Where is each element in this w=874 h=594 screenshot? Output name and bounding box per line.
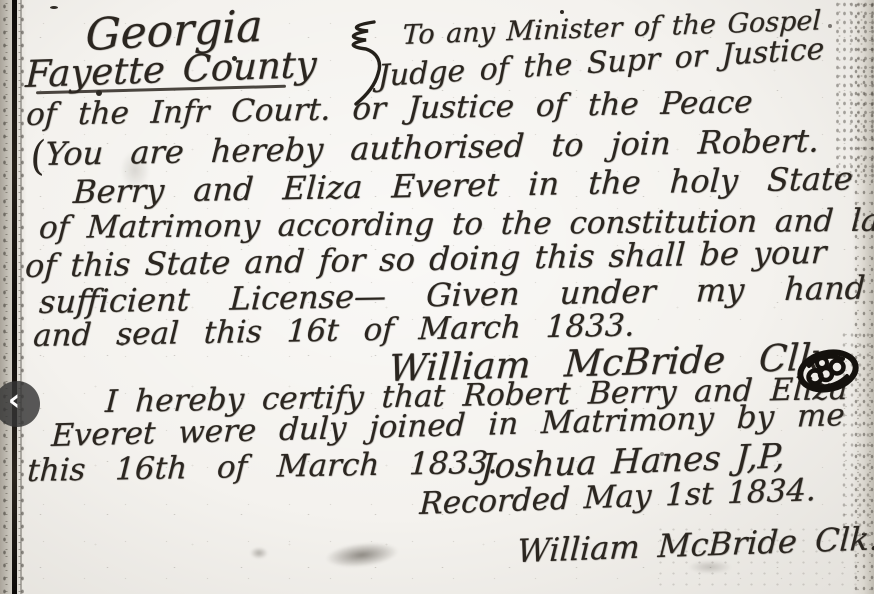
ink-speck	[560, 10, 564, 14]
binding-line-thin	[20, 0, 22, 594]
ink-speck	[828, 24, 832, 28]
ink-smudge	[250, 547, 268, 559]
clerk-ink-seal-icon	[795, 346, 861, 398]
ink-speck	[50, 6, 58, 9]
binding-line	[12, 0, 17, 594]
page-right-edge-noise-top	[834, 0, 874, 180]
ink-speck	[232, 56, 237, 61]
ink-smudge	[324, 539, 400, 571]
certification-line-3: this 16th of March 1833.	[26, 448, 498, 487]
recorded-line: Recorded May 1st 1834.	[419, 475, 817, 520]
ink-speck	[96, 90, 102, 96]
chevron-left-icon: ‹	[8, 386, 20, 416]
ink-speck	[660, 452, 664, 456]
previous-image-button[interactable]: ‹	[0, 381, 40, 427]
ink-speck	[744, 128, 748, 132]
scanned-document-page: Georgia Fayette County To any Minister o…	[0, 0, 874, 594]
curly-brace-icon	[340, 18, 386, 110]
ink-speck	[120, 342, 124, 346]
